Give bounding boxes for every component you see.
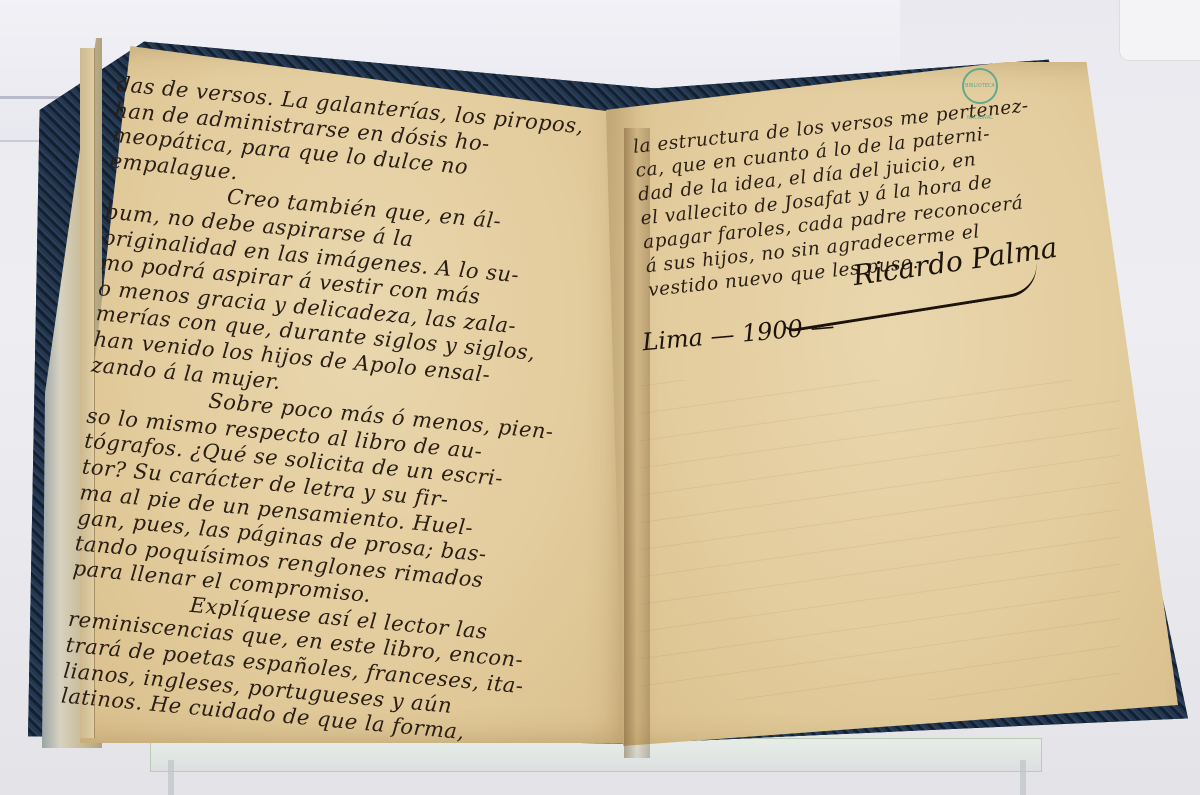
bleed-through-lines <box>640 380 1120 700</box>
acrylic-stand-leg <box>1020 760 1026 795</box>
left-page-text: das de versos. La galanterías, los pirop… <box>60 72 636 756</box>
library-stamp-icon: BIBLIOTECA NACIONAL <box>962 68 998 104</box>
acrylic-stand-leg <box>168 760 174 795</box>
